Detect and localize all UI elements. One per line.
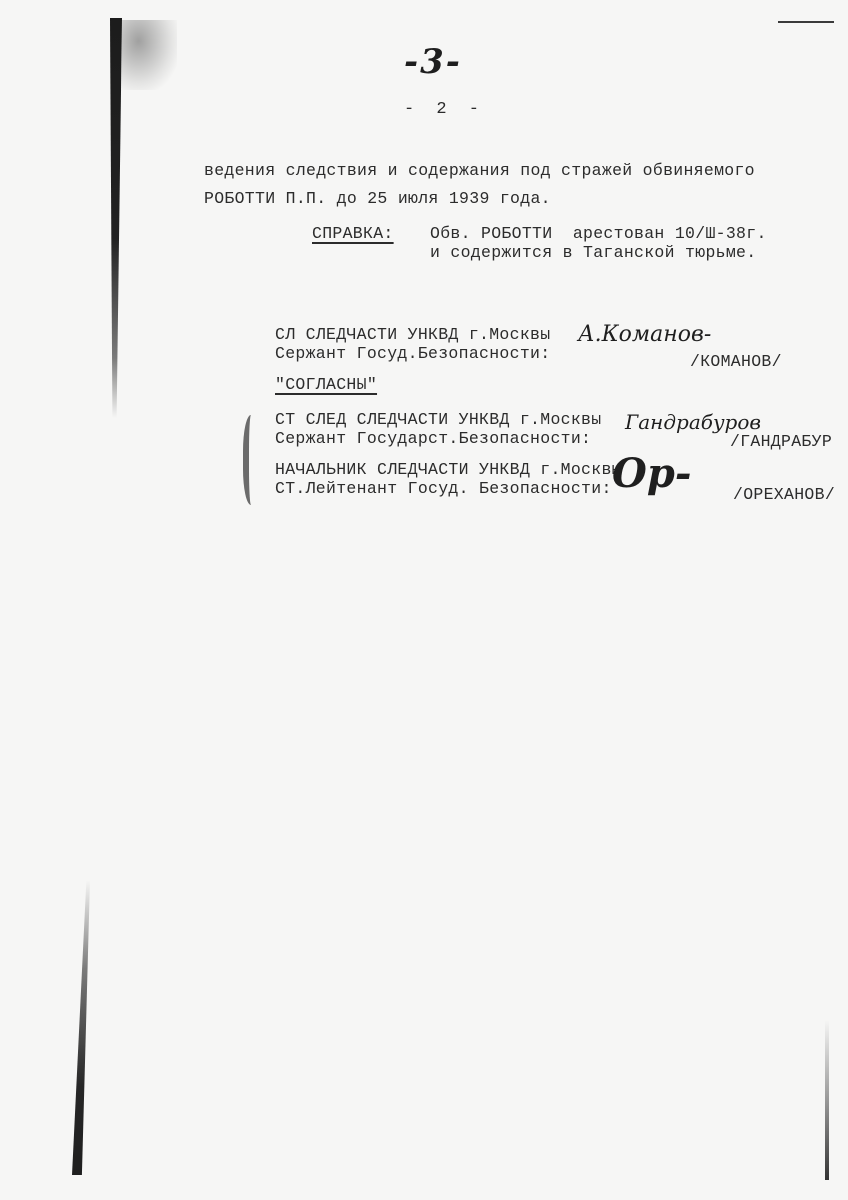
note-line: и содержится в Таганской тюрьме. (430, 243, 756, 262)
typed-page-number: - 2 - (404, 100, 485, 119)
handwritten-page-number: -3- (404, 42, 462, 82)
scan-edge-shadow (825, 1020, 829, 1180)
signatory-name: /КОМАНОВ/ (690, 352, 782, 371)
signatory-rank: Сержант Госуд.Безопасности: (275, 344, 550, 363)
approval-label: "СОГЛАСНЫ" (275, 375, 377, 394)
signatory-rank: СТ.Лейтенант Госуд. Безопасности: (275, 479, 612, 498)
signatory-position: НАЧАЛЬНИК СЛЕДЧАСТИ УНКВД г.Москвы (275, 460, 622, 479)
scan-smudge (122, 20, 177, 90)
scan-edge-shadow (110, 18, 122, 418)
signatory-position: СТ СЛЕД СЛЕДЧАСТИ УНКВД г.Москвы (275, 410, 601, 429)
scan-edge-shadow (72, 880, 90, 1175)
body-line: ведения следствия и содержания под страж… (204, 161, 755, 180)
signatory-position: СЛ СЛЕДЧАСТИ УНКВД г.Москвы (275, 325, 550, 344)
resolution-mark (243, 415, 263, 505)
signatory-rank: Сержант Государст.Безопасности: (275, 429, 591, 448)
note-label: СПРАВКА: (312, 224, 394, 243)
signature: Гандрабуров (625, 410, 761, 434)
note-line: Обв. РОБОТТИ арестован 10/Ш-38г. (430, 224, 767, 243)
signature: Ор- (612, 450, 691, 497)
document-page: -3- - 2 - ведения следствия и содержания… (0, 0, 848, 1200)
signature: А.Команов- (578, 322, 711, 347)
scan-edge-line (778, 21, 834, 23)
signatory-name: /ГАНДРАБУР (730, 432, 832, 451)
signatory-name: /ОРЕХАНОВ/ (733, 485, 835, 504)
body-line: РОБОТТИ П.П. до 25 июля 1939 года. (204, 189, 551, 208)
